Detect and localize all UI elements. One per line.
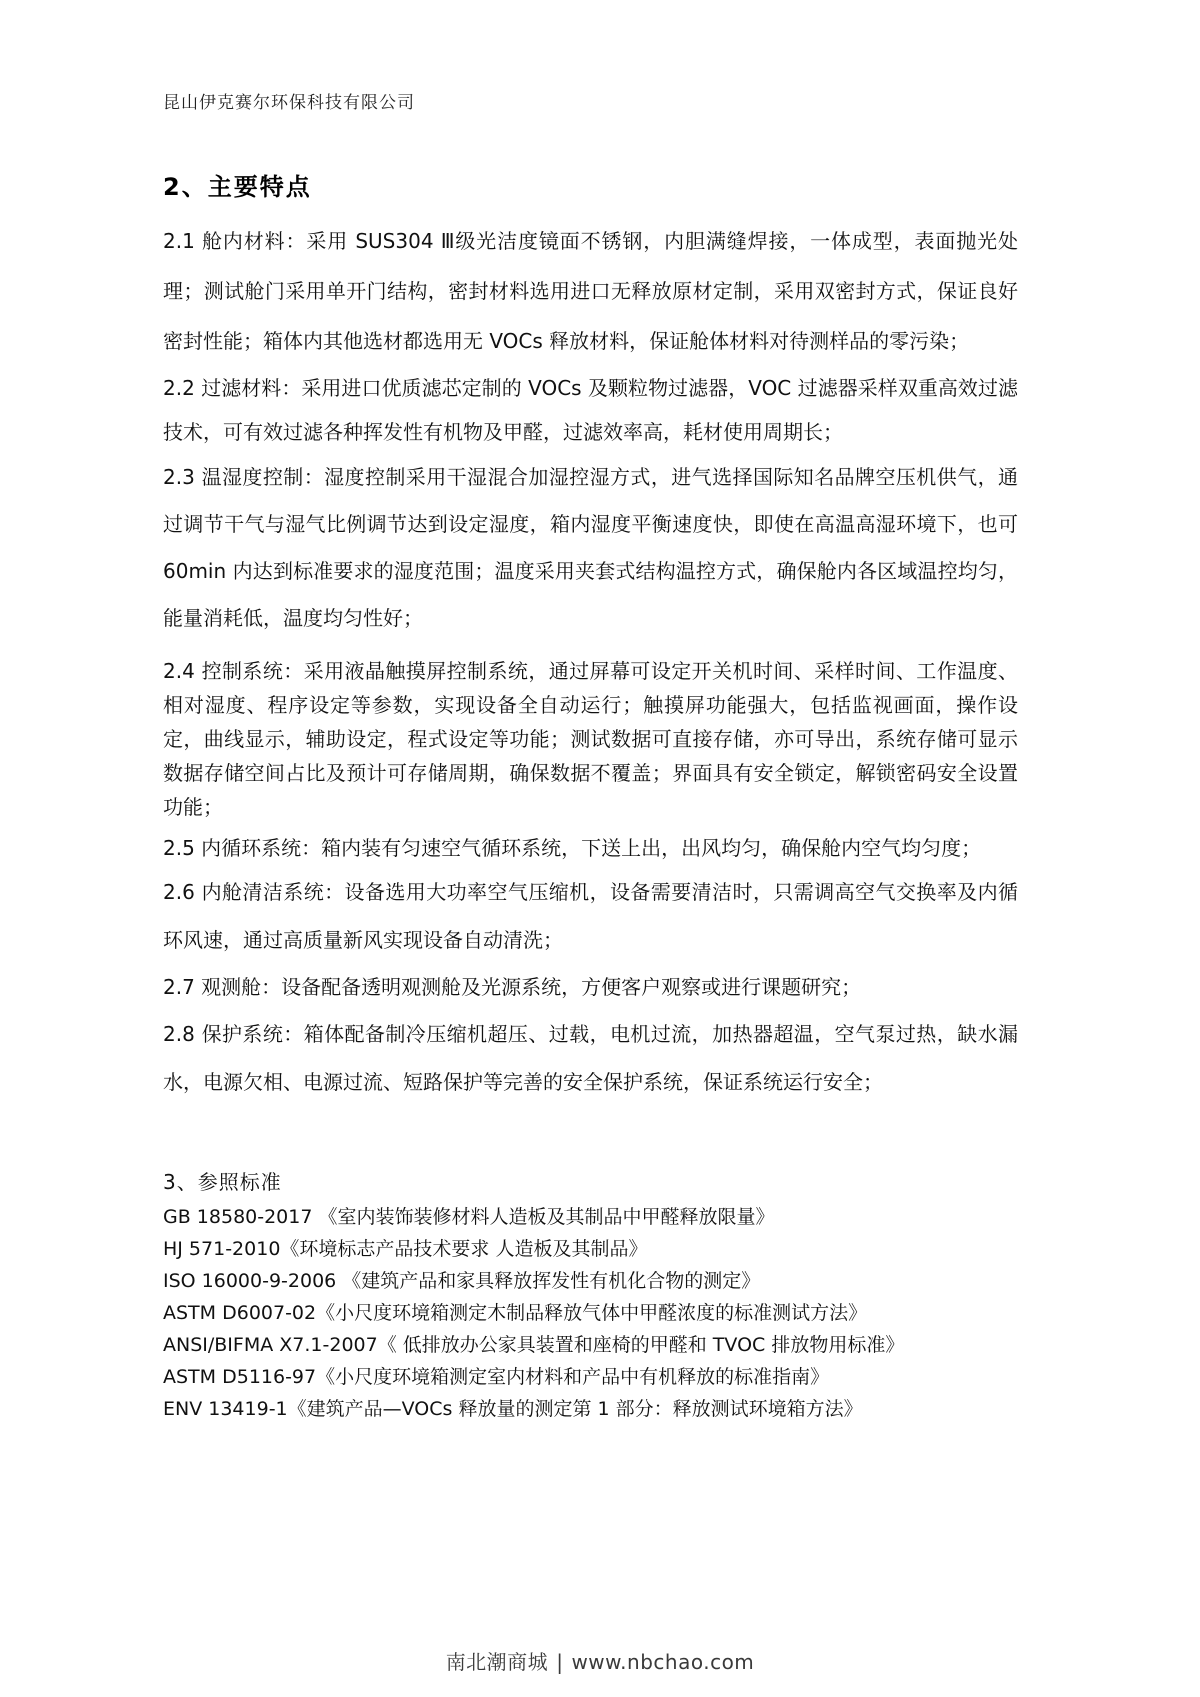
feature-paragraph-2-7: 2.7 观测舱：设备配备透明观测舱及光源系统，方便客户观察或进行课题研究；: [163, 964, 1018, 1010]
document-page: 昆山伊克赛尔环保科技有限公司 2、主要特点 2.1 舱内材料：采用 SUS304…: [0, 0, 1200, 1697]
feature-paragraph-2-4: 2.4 控制系统：采用液晶触摸屏控制系统，通过屏幕可设定开关机时间、采样时间、工…: [163, 654, 1018, 824]
page-footer: 南北潮商城|www.nbchao.com: [0, 1646, 1200, 1675]
company-header: 昆山伊克赛尔环保科技有限公司: [163, 88, 1018, 113]
standard-item-hj-571: HJ 571-2010《环境标志产品技术要求 人造板及其制品》: [163, 1233, 1018, 1265]
feature-paragraph-2-5: 2.5 内循环系统：箱内装有匀速空气循环系统，下送上出，出风均匀，确保舱内空气均…: [163, 828, 1018, 868]
standard-item-astm-d5116: ASTM D5116-97《小尺度环境箱测定室内材料和产品中有机释放的标准指南》: [163, 1361, 1018, 1393]
feature-paragraph-2-8: 2.8 保护系统：箱体配备制冷压缩机超压、过载，电机过流，加热器超温，空气泵过热…: [163, 1010, 1018, 1106]
feature-paragraph-2-1: 2.1 舱内材料：采用 SUS304 Ⅲ级光洁度镜面不锈钢，内胆满缝焊接，一体成…: [163, 216, 1018, 366]
standard-item-gb-18580: GB 18580-2017 《室内装饰装修材料人造板及其制品中甲醛释放限量》: [163, 1201, 1018, 1233]
standards-section-heading: 3、参照标准: [163, 1166, 1018, 1195]
standard-item-ansi-bifma-x71: ANSI/BIFMA X7.1-2007《 低排放办公家具装置和座椅的甲醛和 T…: [163, 1329, 1018, 1361]
standards-section: 3、参照标准 GB 18580-2017 《室内装饰装修材料人造板及其制品中甲醛…: [163, 1166, 1018, 1425]
feature-paragraph-2-6: 2.6 内舱清洁系统：设备选用大功率空气压缩机，设备需要清洁时，只需调高空气交换…: [163, 868, 1018, 964]
standard-item-astm-d6007: ASTM D6007-02《小尺度环境箱测定木制品释放气体中甲醛浓度的标准测试方…: [163, 1297, 1018, 1329]
document-content: 昆山伊克赛尔环保科技有限公司 2、主要特点 2.1 舱内材料：采用 SUS304…: [163, 88, 1018, 1425]
feature-paragraph-2-3: 2.3 温湿度控制：湿度控制采用干湿混合加湿控湿方式，进气选择国际知名品牌空压机…: [163, 454, 1018, 642]
standard-item-env-13419: ENV 13419-1《建筑产品—VOCs 释放量的测定第 1 部分：释放测试环…: [163, 1393, 1018, 1425]
footer-divider: |: [548, 1650, 571, 1674]
footer-site-name: 南北潮商城: [446, 1650, 549, 1674]
standard-item-iso-16000: ISO 16000-9-2006 《建筑产品和家具释放挥发性有机化合物的测定》: [163, 1265, 1018, 1297]
features-section-heading: 2、主要特点: [163, 167, 1018, 202]
feature-paragraph-2-2: 2.2 过滤材料：采用进口优质滤芯定制的 VOCs 及颗粒物过滤器，VOC 过滤…: [163, 366, 1018, 454]
footer-site-url: www.nbchao.com: [571, 1650, 754, 1674]
